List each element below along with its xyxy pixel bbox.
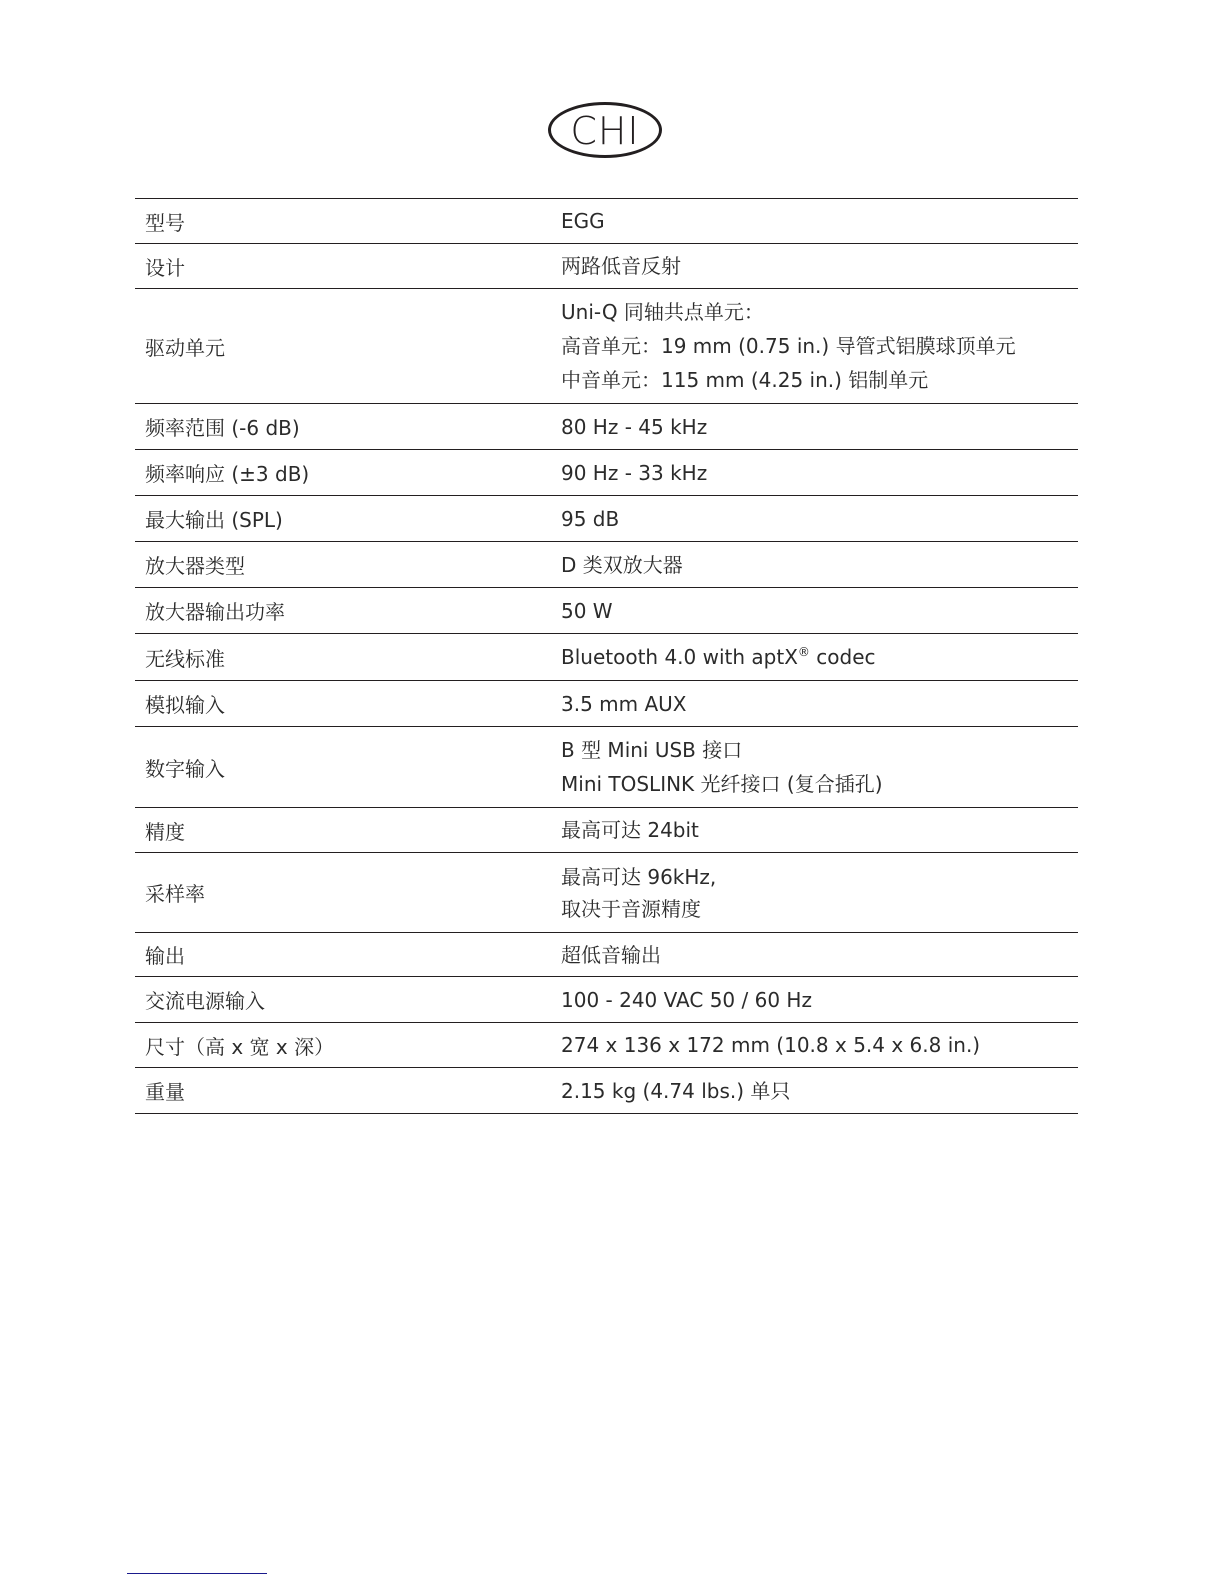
spec-label: 模拟输入 (135, 689, 561, 718)
spec-row-dimensions: 尺寸（高 x 宽 x 深） 274 x 136 x 172 mm (10.8 x… (135, 1023, 1078, 1068)
spec-label: 重量 (135, 1076, 561, 1105)
spec-value-line: EGG (561, 204, 1078, 238)
spec-value-line: 90 Hz - 33 kHz (561, 456, 1078, 490)
spec-label: 输出 (135, 940, 561, 969)
spec-value-line: D 类双放大器 (561, 548, 1078, 582)
spec-value-line: 两路低音反射 (561, 249, 1078, 283)
spec-row-frequency-response: 频率响应 (±3 dB) 90 Hz - 33 kHz (135, 450, 1078, 496)
spec-row-model: 型号 EGG (135, 199, 1078, 244)
spec-value: 超低音输出 (561, 938, 1078, 972)
spec-value-line: 高音单元：19 mm (0.75 in.) 导管式铝膜球顶单元 (561, 329, 1078, 363)
spec-row-wireless: 无线标准 Bluetooth 4.0 with aptX® codec (135, 634, 1078, 681)
registered-mark: ® (798, 645, 810, 659)
spec-row-drivers: 驱动单元 Uni-Q 同轴共点单元： 高音单元：19 mm (0.75 in.)… (135, 289, 1078, 404)
spec-row-max-output: 最大输出 (SPL) 95 dB (135, 496, 1078, 542)
footer-rule (127, 1573, 267, 1574)
language-badge-label: CHI (570, 112, 639, 150)
spec-value: B 型 Mini USB 接口 Mini TOSLINK 光纤接口 (复合插孔) (561, 733, 1078, 801)
spec-value: 最高可达 24bit (561, 813, 1078, 847)
spec-value-line: 中音单元：115 mm (4.25 in.) 铝制单元 (561, 363, 1078, 397)
spec-value: D 类双放大器 (561, 548, 1078, 582)
spec-value-line: B 型 Mini USB 接口 (561, 733, 1078, 767)
spec-row-sample-rate: 采样率 最高可达 96kHz, 取决于音源精度 (135, 853, 1078, 933)
spec-row-amplifier-power: 放大器输出功率 50 W (135, 588, 1078, 634)
spec-value: 100 - 240 VAC 50 / 60 Hz (561, 983, 1078, 1017)
spec-value: 274 x 136 x 172 mm (10.8 x 5.4 x 6.8 in.… (561, 1028, 1078, 1062)
spec-label: 数字输入 (135, 753, 561, 782)
spec-value-line: 2.15 kg (4.74 lbs.) 单只 (561, 1074, 1078, 1108)
spec-value-text: Bluetooth 4.0 with aptX (561, 645, 798, 669)
spec-label: 驱动单元 (135, 332, 561, 361)
spec-label: 设计 (135, 252, 561, 281)
spec-value-line: 最高可达 24bit (561, 813, 1078, 847)
spec-row-design: 设计 两路低音反射 (135, 244, 1078, 289)
spec-value-line: Bluetooth 4.0 with aptX® codec (561, 640, 1078, 674)
spec-value-line: Mini TOSLINK 光纤接口 (复合插孔) (561, 767, 1078, 801)
spec-table: 型号 EGG 设计 两路低音反射 驱动单元 Uni-Q 同轴共点单元： 高音单元… (135, 198, 1078, 1114)
spec-row-frequency-range: 频率范围 (-6 dB) 80 Hz - 45 kHz (135, 404, 1078, 450)
spec-label: 交流电源输入 (135, 985, 561, 1014)
spec-value-line: 超低音输出 (561, 938, 1078, 972)
spec-label: 型号 (135, 207, 561, 236)
spec-value: 3.5 mm AUX (561, 687, 1078, 721)
spec-row-digital-input: 数字输入 B 型 Mini USB 接口 Mini TOSLINK 光纤接口 (… (135, 727, 1078, 808)
spec-label: 放大器类型 (135, 550, 561, 579)
spec-value-line: 3.5 mm AUX (561, 687, 1078, 721)
spec-value-line: 50 W (561, 594, 1078, 628)
spec-value: 2.15 kg (4.74 lbs.) 单只 (561, 1074, 1078, 1108)
spec-value-line: 100 - 240 VAC 50 / 60 Hz (561, 983, 1078, 1017)
spec-value: 两路低音反射 (561, 249, 1078, 283)
spec-label: 频率响应 (±3 dB) (135, 458, 561, 487)
spec-value: 95 dB (561, 502, 1078, 536)
spec-label: 放大器输出功率 (135, 596, 561, 625)
spec-value-line: 274 x 136 x 172 mm (10.8 x 5.4 x 6.8 in.… (561, 1028, 1078, 1062)
language-badge: CHI (548, 102, 662, 158)
spec-row-output: 输出 超低音输出 (135, 933, 1078, 977)
spec-value-suffix: codec (810, 645, 876, 669)
spec-value: 80 Hz - 45 kHz (561, 410, 1078, 444)
spec-label: 最大输出 (SPL) (135, 504, 561, 533)
spec-row-analog-input: 模拟输入 3.5 mm AUX (135, 681, 1078, 727)
spec-value-line: Uni-Q 同轴共点单元： (561, 295, 1078, 329)
spec-value: Uni-Q 同轴共点单元： 高音单元：19 mm (0.75 in.) 导管式铝… (561, 295, 1078, 397)
spec-label: 频率范围 (-6 dB) (135, 412, 561, 441)
spec-label: 无线标准 (135, 643, 561, 672)
spec-value-line: 80 Hz - 45 kHz (561, 410, 1078, 444)
spec-row-amplifier-type: 放大器类型 D 类双放大器 (135, 542, 1078, 588)
spec-value-line: 取决于音源精度 (561, 893, 1078, 925)
spec-row-resolution: 精度 最高可达 24bit (135, 808, 1078, 853)
spec-label: 尺寸（高 x 宽 x 深） (135, 1031, 561, 1060)
spec-label: 采样率 (135, 878, 561, 907)
spec-value: Bluetooth 4.0 with aptX® codec (561, 640, 1078, 674)
spec-row-weight: 重量 2.15 kg (4.74 lbs.) 单只 (135, 1068, 1078, 1114)
spec-value: 50 W (561, 594, 1078, 628)
spec-label: 精度 (135, 816, 561, 845)
spec-value: EGG (561, 204, 1078, 238)
spec-row-ac-power-input: 交流电源输入 100 - 240 VAC 50 / 60 Hz (135, 977, 1078, 1023)
spec-value-line: 95 dB (561, 502, 1078, 536)
spec-value-line: 最高可达 96kHz, (561, 861, 1078, 893)
spec-value: 90 Hz - 33 kHz (561, 456, 1078, 490)
spec-value: 最高可达 96kHz, 取决于音源精度 (561, 861, 1078, 925)
